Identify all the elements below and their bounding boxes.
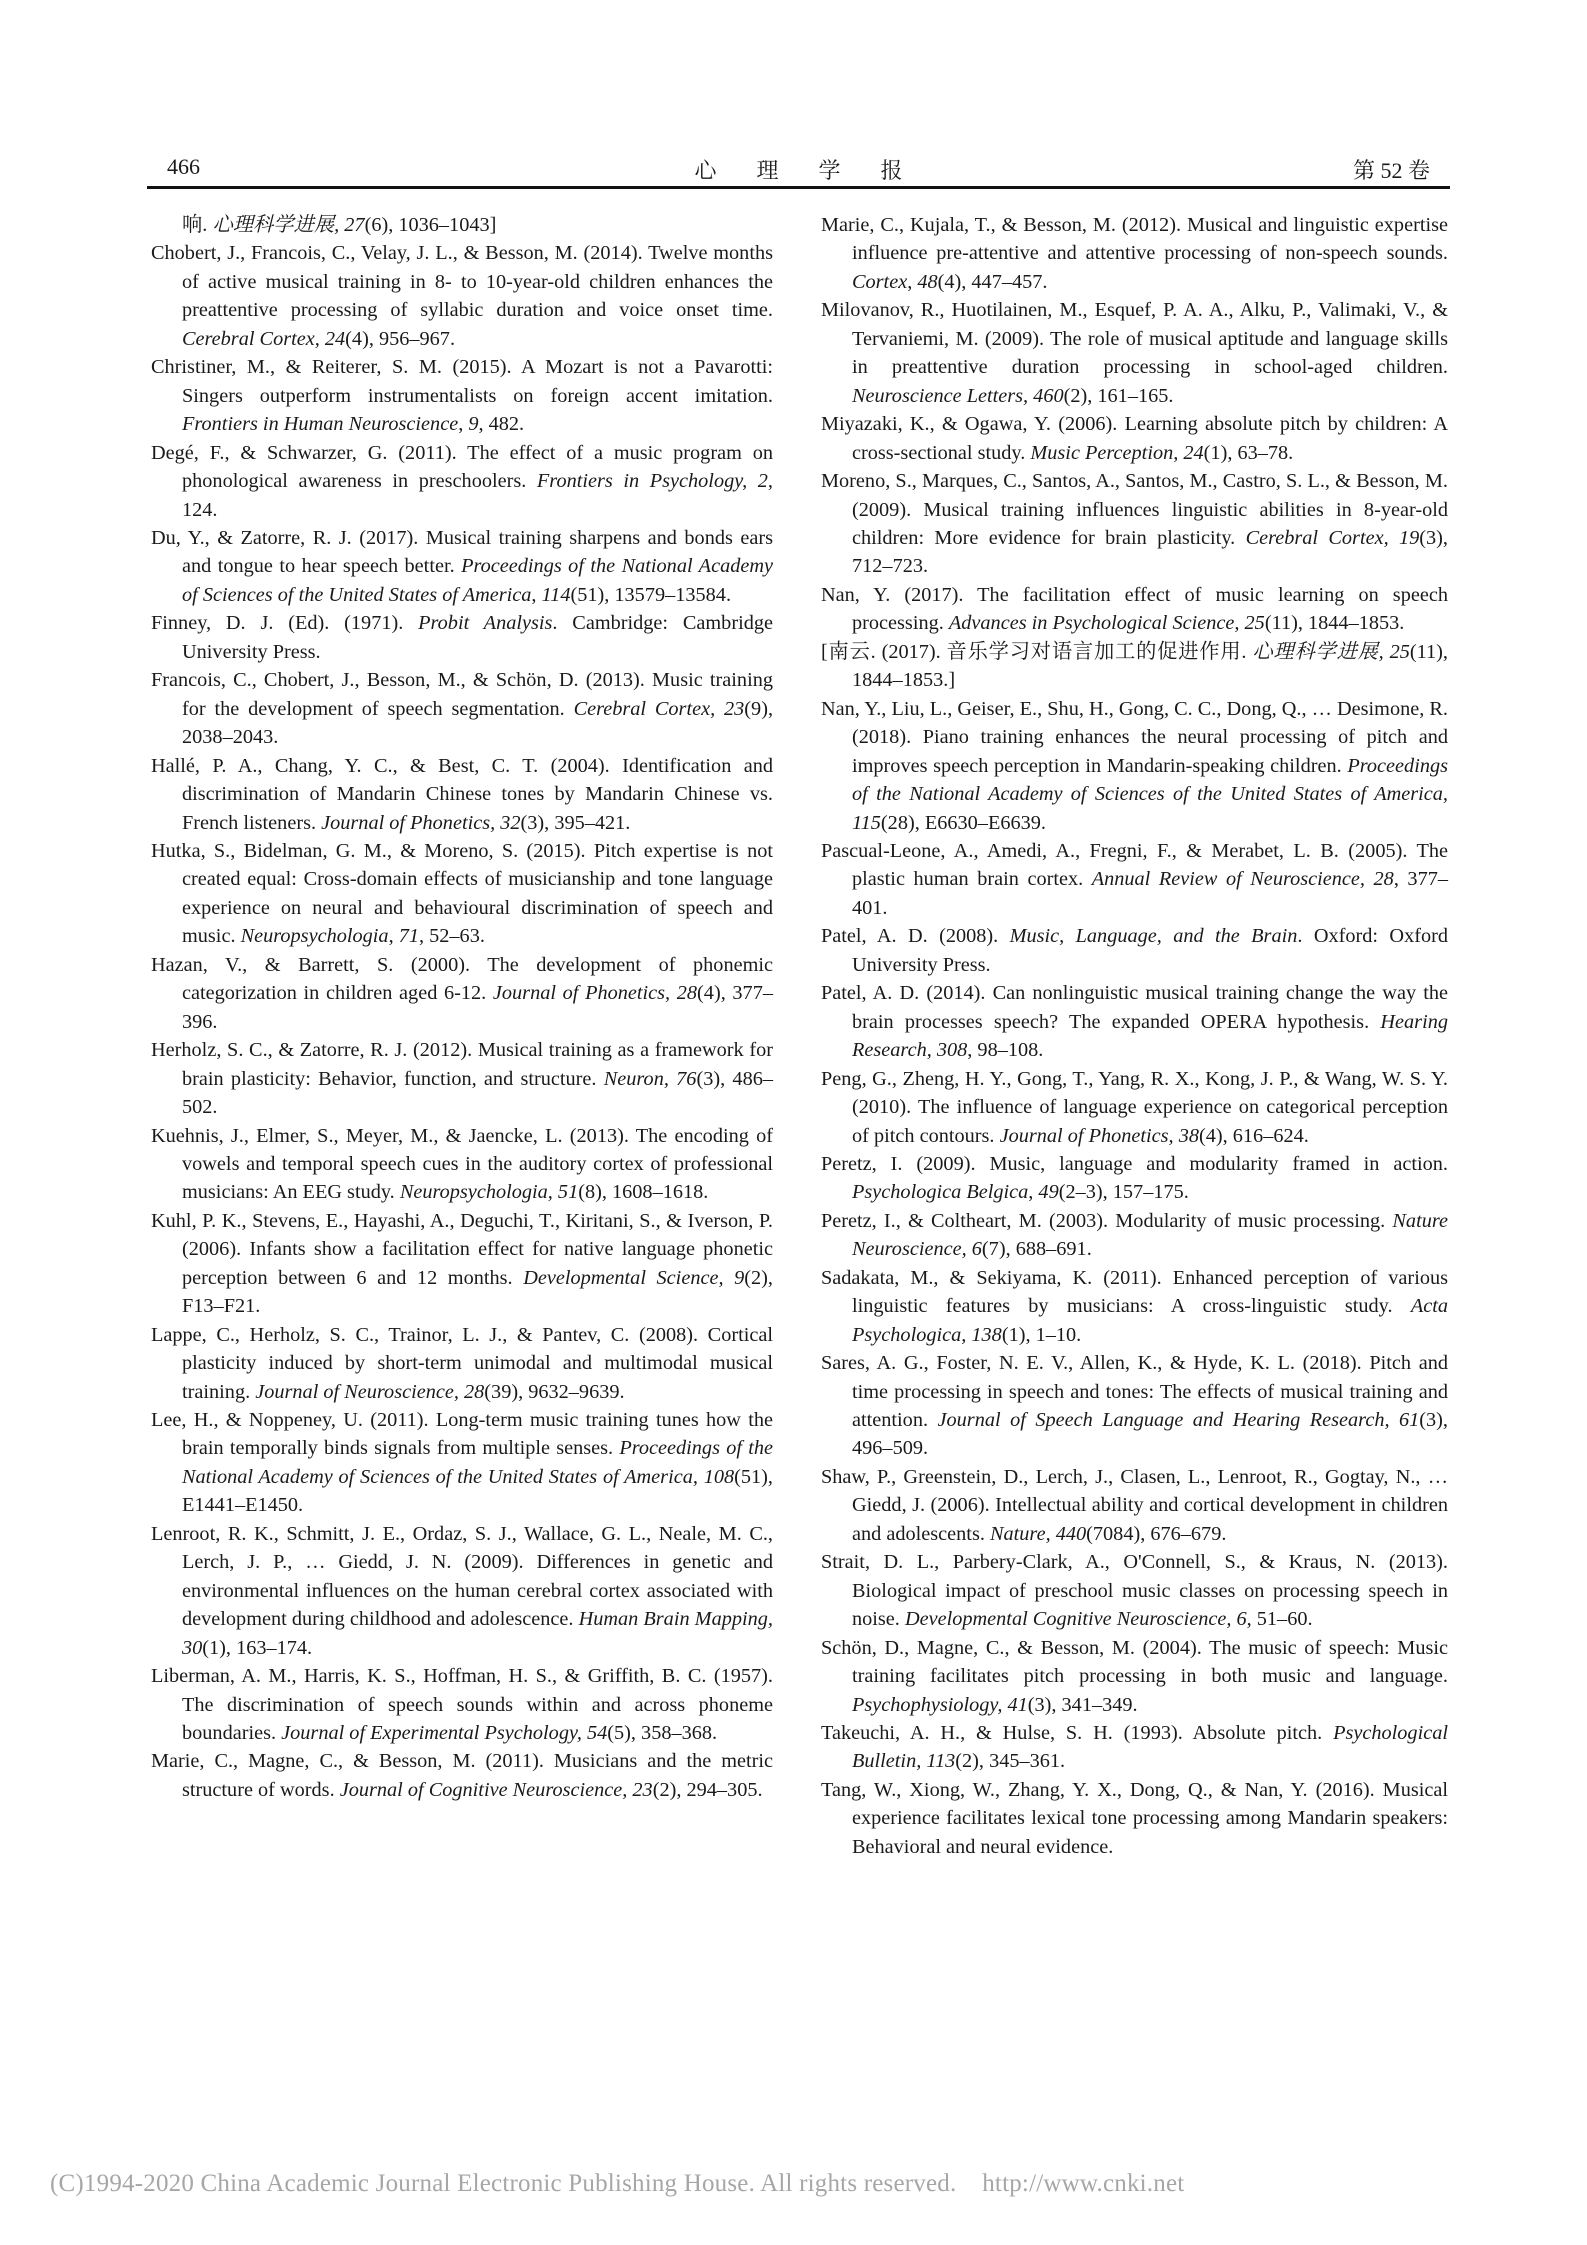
- reference-entry: Milovanov, R., Huotilainen, M., Esquef, …: [821, 296, 1448, 410]
- italic-source: Advances in Psychological Science, 25: [949, 612, 1265, 634]
- italic-source: Neuroscience Letters, 460: [852, 385, 1064, 407]
- italic-source: Journal of Speech Language and Hearing R…: [938, 1409, 1420, 1431]
- reference-text: Takeuchi, A. H., & Hulse, S. H. (1993). …: [821, 1722, 1333, 1744]
- reference-entry: Tang, W., Xiong, W., Zhang, Y. X., Dong,…: [821, 1776, 1448, 1861]
- reference-text: (2–3), 157–175.: [1059, 1181, 1189, 1203]
- reference-entry: Hazan, V., & Barrett, S. (2000). The dev…: [151, 951, 773, 1036]
- reference-text: Patel, A. D. (2014). Can nonlinguistic m…: [821, 982, 1448, 1032]
- reference-text: Peretz, I., & Coltheart, M. (2003). Modu…: [821, 1210, 1392, 1232]
- italic-source: Psychophysiology, 41: [852, 1694, 1028, 1716]
- reference-text: (39), 9632–9639.: [484, 1381, 624, 1403]
- reference-text: (2), 294–305.: [653, 1779, 763, 1801]
- italic-source: Developmental Cognitive Neuroscience, 6: [905, 1608, 1247, 1630]
- reference-text: Milovanov, R., Huotilainen, M., Esquef, …: [821, 299, 1448, 378]
- reference-text: (11), 1844–1853.: [1265, 612, 1405, 634]
- running-header: 466 心理学报 第 52 卷: [147, 150, 1450, 189]
- italic-source: 9: [468, 413, 478, 435]
- reference-text: Finney, D. J. (Ed). (1971).: [151, 612, 418, 634]
- reference-text: (8), 1608–1618.: [578, 1181, 708, 1203]
- reference-continuation: 响. 心理科学进展, 27(6), 1036–1043]: [151, 211, 773, 239]
- italic-source: 心理科学进展, 27: [212, 214, 364, 236]
- reference-entry: Peretz, I. (2009). Music, language and m…: [821, 1150, 1448, 1207]
- italic-source: 心理科学进展, 25: [1252, 641, 1410, 663]
- reference-entry: Kuhl, P. K., Stevens, E., Hayashi, A., D…: [151, 1207, 773, 1321]
- reference-entry: Schön, D., Magne, C., & Besson, M. (2004…: [821, 1634, 1448, 1719]
- reference-entry: Nan, Y., Liu, L., Geiser, E., Shu, H., G…: [821, 695, 1448, 837]
- reference-entry: Strait, D. L., Parbery-Clark, A., O'Conn…: [821, 1548, 1448, 1633]
- reference-entry: Du, Y., & Zatorre, R. J. (2017). Musical…: [151, 524, 773, 609]
- reference-text: (4), 616–624.: [1199, 1125, 1309, 1147]
- reference-text: (5), 358–368.: [607, 1722, 717, 1744]
- reference-entry: Nan, Y. (2017). The facilitation effect …: [821, 581, 1448, 638]
- reference-text: (1), 1–10.: [1002, 1324, 1081, 1346]
- italic-source: Journal of Cognitive Neuroscience, 23: [340, 1779, 653, 1801]
- reference-entry: Liberman, A. M., Harris, K. S., Hoffman,…: [151, 1662, 773, 1747]
- reference-entry: Herholz, S. C., & Zatorre, R. J. (2012).…: [151, 1036, 773, 1121]
- italic-source: Probit Analysis: [418, 612, 552, 634]
- reference-text: , 482.: [478, 413, 524, 435]
- reference-text: ,: [531, 584, 541, 606]
- italic-source: Neuropsychologia, 51: [400, 1181, 578, 1203]
- italic-source: Nature, 440: [990, 1523, 1086, 1545]
- reference-text: (2), 345–361.: [955, 1750, 1065, 1772]
- reference-entry: Moreno, S., Marques, C., Santos, A., San…: [821, 467, 1448, 581]
- reference-entry: Sares, A. G., Foster, N. E. V., Allen, K…: [821, 1349, 1448, 1463]
- reference-text: Sadakata, M., & Sekiyama, K. (2011). Enh…: [821, 1267, 1448, 1317]
- reference-text: (3), 341–349.: [1028, 1694, 1138, 1716]
- reference-entry: Lee, H., & Noppeney, U. (2011). Long-ter…: [151, 1406, 773, 1520]
- reference-text: (7), 688–691.: [982, 1238, 1092, 1260]
- italic-source: Developmental Science, 9: [523, 1267, 744, 1289]
- reference-text: ,: [907, 271, 917, 293]
- reference-entry: [南云. (2017). 音乐学习对语言加工的促进作用. 心理科学进展, 25(…: [821, 638, 1448, 695]
- reference-text: , 51–60.: [1247, 1608, 1313, 1630]
- reference-text: Chobert, J., Francois, C., Velay, J. L.,…: [151, 242, 773, 321]
- italic-source: Journal of Phonetics, 32: [321, 812, 520, 834]
- reference-entry: Christiner, M., & Reiterer, S. M. (2015)…: [151, 353, 773, 438]
- reference-text: Schön, D., Magne, C., & Besson, M. (2004…: [821, 1637, 1448, 1687]
- italic-source: Cerebral Cortex, 24: [182, 328, 345, 350]
- copyright-footer: (C)1994-2020 China Academic Journal Elec…: [50, 2170, 1184, 2198]
- reference-text: Tang, W., Xiong, W., Zhang, Y. X., Dong,…: [821, 1779, 1448, 1858]
- reference-text: (3), 395–421.: [521, 812, 631, 834]
- reference-entry: Shaw, P., Greenstein, D., Lerch, J., Cla…: [821, 1463, 1448, 1548]
- reference-entry: Patel, A. D. (2014). Can nonlinguistic m…: [821, 979, 1448, 1064]
- italic-source: Frontiers in Human Neuroscience: [182, 413, 458, 435]
- reference-text: ,: [458, 413, 468, 435]
- italic-source: Cortex: [852, 271, 907, 293]
- reference-text: Marie, C., Kujala, T., & Besson, M. (201…: [821, 214, 1448, 264]
- reference-entry: Hutka, S., Bidelman, G. M., & Moreno, S.…: [151, 837, 773, 951]
- copyright-text: (C)1994-2020 China Academic Journal Elec…: [50, 2170, 956, 2197]
- cnki-url[interactable]: http://www.cnki.net: [982, 2170, 1184, 2197]
- reference-entry: Lappe, C., Herholz, S. C., Trainor, L. J…: [151, 1321, 773, 1406]
- reference-entry: Takeuchi, A. H., & Hulse, S. H. (1993). …: [821, 1719, 1448, 1776]
- reference-entry: Marie, C., Kujala, T., & Besson, M. (201…: [821, 211, 1448, 296]
- reference-text: (7084), 676–679.: [1086, 1523, 1226, 1545]
- reference-entry: Chobert, J., Francois, C., Velay, J. L.,…: [151, 239, 773, 353]
- reference-text: (4), 447–457.: [938, 271, 1048, 293]
- italic-source: Psychologica Belgica: [852, 1181, 1028, 1203]
- italic-source: Music, Language, and the Brain: [1010, 925, 1298, 947]
- reference-text: Christiner, M., & Reiterer, S. M. (2015)…: [151, 356, 773, 406]
- italic-source: 48: [917, 271, 937, 293]
- reference-entry: Peretz, I., & Coltheart, M. (2003). Modu…: [821, 1207, 1448, 1264]
- italic-source: 49: [1038, 1181, 1058, 1203]
- italic-source: Cerebral Cortex, 19: [1246, 527, 1420, 549]
- reference-entry: Marie, C., Magne, C., & Besson, M. (2011…: [151, 1747, 773, 1804]
- reference-text: (28), E6630–E6639.: [881, 812, 1046, 834]
- reference-entry: Miyazaki, K., & Ogawa, Y. (2006). Learni…: [821, 410, 1448, 467]
- reference-text: ,: [389, 925, 399, 947]
- reference-text: (2), 161–165.: [1064, 385, 1174, 407]
- reference-text: (4), 956–967.: [345, 328, 455, 350]
- reference-text: Patel, A. D. (2008).: [821, 925, 1010, 947]
- reference-text: 响.: [182, 214, 212, 236]
- reference-entry: Patel, A. D. (2008). Music, Language, an…: [821, 922, 1448, 979]
- reference-text: (1), 63–78.: [1204, 442, 1294, 464]
- reference-entry: Kuehnis, J., Elmer, S., Meyer, M., & Jae…: [151, 1122, 773, 1207]
- italic-source: Journal of Neuroscience, 28: [255, 1381, 484, 1403]
- italic-source: 71: [399, 925, 419, 947]
- reference-entry: Francois, C., Chobert, J., Besson, M., &…: [151, 666, 773, 751]
- reference-entry: Hallé, P. A., Chang, Y. C., & Best, C. T…: [151, 752, 773, 837]
- reference-text: , 98–108.: [967, 1039, 1043, 1061]
- italic-source: Neuron, 76: [604, 1068, 697, 1090]
- italic-source: Annual Review of Neuroscience, 28: [1092, 868, 1394, 890]
- italic-source: Journal of Phonetics, 28: [493, 982, 697, 1004]
- reference-text: [南云. (2017). 音乐学习对语言加工的促进作用.: [821, 641, 1252, 663]
- reference-entry: Peng, G., Zheng, H. Y., Gong, T., Yang, …: [821, 1065, 1448, 1150]
- references-left-column: 响. 心理科学进展, 27(6), 1036–1043]Chobert, J.,…: [151, 211, 773, 1804]
- reference-text: (6), 1036–1043]: [365, 214, 497, 236]
- reference-entry: Pascual-Leone, A., Amedi, A., Fregni, F.…: [821, 837, 1448, 922]
- reference-entry: Degé, F., & Schwarzer, G. (2011). The ef…: [151, 439, 773, 524]
- journal-title: 心理学报: [147, 154, 1450, 185]
- reference-text: (1), 163–174.: [202, 1637, 312, 1659]
- reference-entry: Sadakata, M., & Sekiyama, K. (2011). Enh…: [821, 1264, 1448, 1349]
- italic-source: 114: [542, 584, 571, 606]
- reference-entry: Lenroot, R. K., Schmitt, J. E., Ordaz, S…: [151, 1520, 773, 1662]
- italic-source: Journal of Experimental Psychology, 54: [281, 1722, 607, 1744]
- italic-source: Journal of Phonetics, 38: [1000, 1125, 1199, 1147]
- italic-source: Music Perception, 24: [1030, 442, 1203, 464]
- volume-label: 第 52 卷: [1353, 154, 1430, 185]
- italic-source: Frontiers in Psychology, 2: [537, 470, 768, 492]
- reference-entry: Finney, D. J. (Ed). (1971). Probit Analy…: [151, 609, 773, 666]
- reference-text: ,: [1028, 1181, 1038, 1203]
- italic-source: Neuropsychologia: [241, 925, 389, 947]
- reference-text: (51), 13579–13584.: [570, 584, 731, 606]
- italic-source: Cerebral Cortex, 23: [574, 698, 745, 720]
- references-right-column: Marie, C., Kujala, T., & Besson, M. (201…: [821, 211, 1448, 1861]
- reference-text: Peretz, I. (2009). Music, language and m…: [821, 1153, 1448, 1175]
- reference-text: , 52–63.: [419, 925, 485, 947]
